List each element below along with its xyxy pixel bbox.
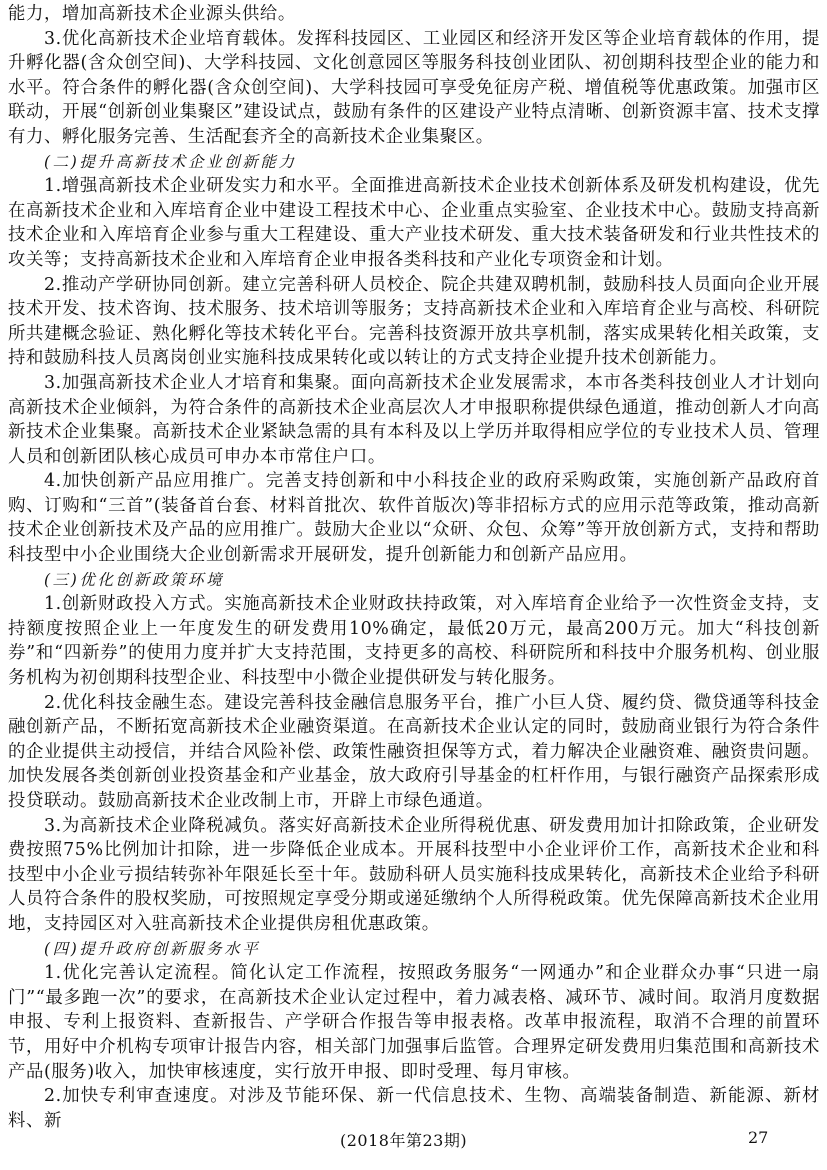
paragraph-certification-process: 1.优化完善认定流程。简化认定工作流程，按照政务服务“一网通办”和企业群众办事“…: [8, 961, 820, 1084]
paragraph-product-promotion: 4.加快创新产品应用推广。完善支持创新和中小科技企业的政府采购政策，实施创新产品…: [8, 469, 820, 567]
page-footer: (2018年第23期) 27: [0, 1128, 827, 1152]
document-body: 能力，增加高新技术企业源头供给。 3.优化高新技术企业培育载体。发挥科技园区、工…: [8, 2, 820, 1133]
section-heading-4: (四)提升政府创新服务水平: [8, 937, 820, 962]
paragraph-continuation: 能力，增加高新技术企业源头供给。: [8, 2, 820, 27]
issue-label: (2018年第23期): [340, 1128, 467, 1151]
paragraph-incubation-carriers: 3.优化高新技术企业培育载体。发挥科技园区、工业园区和经济开发区等企业培育载体的…: [8, 27, 820, 150]
paragraph-tax-relief: 3.为高新技术企业降税减负。落实好高新技术企业所得税优惠、研发费用加计扣除政策，…: [8, 814, 820, 937]
section-heading-3: (三)优化创新政策环境: [8, 568, 820, 593]
page-number: 27: [748, 1128, 768, 1147]
paragraph-fiscal-input: 1.创新财政投入方式。实施高新技术企业财政扶持政策，对入库培育企业给予一次性资金…: [8, 592, 820, 690]
section-heading-2: (二)提升高新技术企业创新能力: [8, 150, 820, 175]
paragraph-tech-finance: 2.优化科技金融生态。建设完善科技金融信息服务平台，推广小巨人贷、履约贷、微贷通…: [8, 691, 820, 814]
paragraph-talent: 3.加强高新技术企业人才培育和集聚。面向高新技术企业发展需求，本市各类科技创业人…: [8, 371, 820, 469]
paragraph-industry-academia: 2.推动产学研协同创新。建立完善科研人员校企、院企共建双聘机制，鼓励科技人员面向…: [8, 273, 820, 371]
paragraph-rd-strength: 1.增强高新技术企业研发实力和水平。全面推进高新技术企业技术创新体系及研发机构建…: [8, 174, 820, 272]
paragraph-patent-review: 2.加快专利审查速度。对涉及节能环保、新一代信息技术、生物、高端装备制造、新能源…: [8, 1084, 820, 1133]
